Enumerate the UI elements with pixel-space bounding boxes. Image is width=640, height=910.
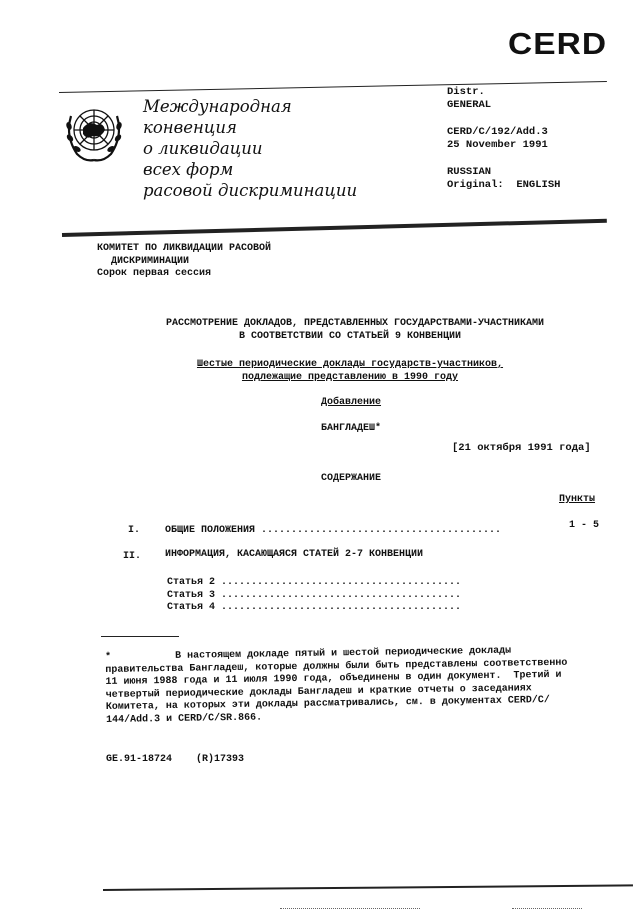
distribution-type: GENERAL [447,99,560,112]
paragraphs-label: Пункты [559,494,595,505]
addendum-label: Добавление [321,397,381,408]
convention-title-line: конвенция [143,117,357,138]
country-name: БАНГЛАДЕШ* [321,423,381,434]
toc-item-paragraphs: 1 - 5 [569,520,599,531]
report-date: [21 октября 1991 года] [452,442,591,454]
convention-title-line: расовой дискриминации [143,180,357,201]
toc-subitem[interactable]: Статья 3 ...............................… [167,590,461,601]
job-number: GE.91-18724 (R)17393 [106,754,244,765]
main-heading-line1: РАССМОТРЕНИЕ ДОКЛАДОВ, ПРЕДСТАВЛЕННЫХ ГО… [0,318,640,329]
main-heading-line2: В СООТВЕТСТВИИ СО СТАТЬЕЙ 9 КОНВЕНЦИИ [0,331,640,342]
footer-rule [103,884,633,891]
toc-subitem-label: Статья 2 [167,577,215,588]
toc-leader-dots: ........................................ [255,525,501,536]
toc-subitem[interactable]: Статья 4 ...............................… [167,602,461,613]
document-metadata: Distr. GENERAL CERD/C/192/Add.3 25 Novem… [447,86,560,192]
toc-item-number: I. [128,525,140,536]
original-language: Original: ENGLISH [447,179,560,192]
original-language-value: ENGLISH [516,179,560,191]
convention-title-line: о ликвидации [143,138,357,159]
original-label: Original: [447,179,504,191]
committee-block: КОМИТЕТ ПО ЛИКВИДАЦИИ РАСОВОЙ ДИСКРИМИНА… [97,243,271,281]
toc-leader-dots: ........................................ [215,590,461,601]
session-name: Сорок первая сессия [97,268,271,281]
committee-name: КОМИТЕТ ПО ЛИКВИДАЦИИ РАСОВОЙ [97,243,271,256]
subheading-line2: подлежащие представлению в 1990 году [0,372,640,383]
toc-item-label: ОБЩИЕ ПОЛОЖЕНИЯ [165,525,255,536]
cerd-logo: CERD [508,26,607,62]
toc-subitem[interactable]: Статья 2 ...............................… [167,577,461,588]
toc-item[interactable]: ИНФОРМАЦИЯ, КАСАЮЩАЯСЯ СТАТЕЙ 2-7 КОНВЕН… [165,549,423,560]
subheading-line1: Шестые периодические доклады государств-… [0,359,640,370]
header-bottom-rule [62,219,607,237]
footnote-marker: * [45,651,165,665]
toc-subitem-label: Статья 4 [167,602,215,613]
convention-title-line: всех форм [143,159,357,180]
toc-item-label: ИНФОРМАЦИЯ, КАСАЮЩАЯСЯ СТАТЕЙ 2-7 КОНВЕН… [165,549,423,560]
footer-faint-line [512,908,582,909]
footer-faint-line [280,908,420,909]
convention-title: Международная конвенция о ликвидации все… [143,96,357,201]
toc-leader-dots: ........................................ [215,602,461,613]
document-language: RUSSIAN [447,166,560,179]
footnote: *В настоящем докладе пятый и шестой пери… [105,644,606,727]
document-symbol: CERD/C/192/Add.3 [447,126,560,139]
document-date: 25 November 1991 [447,139,560,152]
toc-subitem-label: Статья 3 [167,590,215,601]
un-emblem-icon [63,98,125,168]
toc-item-number: II. [123,551,141,562]
contents-title: СОДЕРЖАНИЕ [321,473,381,484]
toc-item[interactable]: ОБЩИЕ ПОЛОЖЕНИЯ ........................… [165,525,501,536]
committee-name-cont: ДИСКРИМИНАЦИИ [97,256,271,269]
distribution-label: Distr. [447,86,560,99]
footnote-separator [101,636,179,637]
toc-leader-dots: ........................................ [215,577,461,588]
convention-title-line: Международная [143,96,357,117]
